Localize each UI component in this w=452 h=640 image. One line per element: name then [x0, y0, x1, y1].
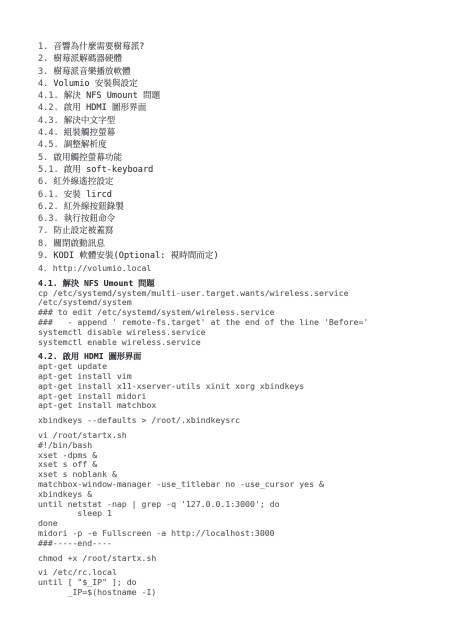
document-line: apt-get install matchbox [38, 401, 368, 411]
toc-item-label: 音響為什麼需要樹莓派? [53, 42, 144, 52]
toc-item: 4.3.解決中文字型 [38, 115, 219, 127]
toc-item: 8.關閉啟動訊息 [38, 238, 219, 250]
toc-item-label: 組裝觸控螢幕 [64, 128, 116, 138]
toc-item-label: 防止設定被蓋寫 [53, 226, 113, 236]
toc-item-number: 6.3. [38, 214, 59, 224]
toc-item-number: 4.2. [38, 103, 59, 113]
toc-item-label: KODI 軟體安裝(Optional: 視時間而定) [53, 251, 218, 261]
document-body: 4. http://volumio.local4.1. 解決 NFS Umoun… [38, 264, 368, 598]
toc-item-number: 4. [38, 79, 48, 89]
toc-item-number: 6.1. [38, 190, 59, 200]
toc-item: 3.樹莓派音樂播放軟體 [38, 66, 219, 78]
toc-item-number: 9. [38, 251, 48, 261]
toc-item-number: 4.3. [38, 116, 59, 126]
toc-item-number: 5. [38, 153, 48, 163]
toc-item: 9.KODI 軟體安裝(Optional: 視時間而定) [38, 250, 219, 262]
document-line: xbindkeys --defaults > /root/.xbindkeysr… [38, 416, 368, 426]
toc-item-number: 3. [38, 67, 48, 77]
toc-item-label: 執行按鈕命令 [64, 214, 116, 224]
table-of-contents: 1.音響為什麼需要樹莓派? 2.樹莓派解碼器硬體 3.樹莓派音樂播放軟體 4.V… [38, 41, 219, 262]
toc-item-label: 啟用觸控螢幕功能 [53, 153, 122, 163]
toc-item-number: 4.5. [38, 140, 59, 150]
toc-item-label: 啟用 HDMI 圖形界面 [64, 103, 147, 113]
toc-item-number: 5.1. [38, 165, 59, 175]
document-line: _IP=$(hostname -I) [38, 588, 368, 598]
toc-item: 5.1.啟用 soft-keyboard [38, 164, 219, 176]
document-line: 4. http://volumio.local [38, 264, 368, 274]
document-line: chmod +x /root/startx.sh [38, 554, 368, 564]
toc-item-label: Volumio 安裝與設定 [53, 79, 137, 89]
toc-item-label: 樹莓派音樂播放軟體 [53, 67, 130, 77]
toc-item-number: 6.2. [38, 202, 59, 212]
toc-item: 4.2.啟用 HDMI 圖形界面 [38, 102, 219, 114]
document-line: systemctl enable wireless.service [38, 338, 368, 348]
toc-item-label: 安裝 lircd [64, 190, 112, 200]
toc-item-label: 解決中文字型 [64, 116, 116, 126]
toc-item-label: 關閉啟動訊息 [53, 239, 105, 249]
toc-item: 4.Volumio 安裝與設定 [38, 78, 219, 90]
toc-item: 2.樹莓派解碼器硬體 [38, 53, 219, 65]
toc-item-number: 4.1. [38, 91, 59, 101]
toc-item-number: 7. [38, 226, 48, 236]
toc-item-label: 調整解析度 [64, 140, 107, 150]
toc-item: 6.紅外線遙控設定 [38, 176, 219, 188]
toc-item: 6.3.執行按鈕命令 [38, 213, 219, 225]
toc-item-label: 樹莓派解碼器硬體 [53, 54, 122, 64]
toc-item-label: 紅外線遙控設定 [53, 177, 113, 187]
toc-item: 6.1.安裝 lircd [38, 189, 219, 201]
toc-item-number: 1. [38, 42, 48, 52]
toc-item: 4.4.組裝觸控螢幕 [38, 127, 219, 139]
toc-item-number: 2. [38, 54, 48, 64]
toc-item-number: 4.4. [38, 128, 59, 138]
toc-item: 6.2.紅外線按鈕錄製 [38, 201, 219, 213]
toc-item: 1.音響為什麼需要樹莓派? [38, 41, 219, 53]
toc-item: 4.1.解決 NFS Umount 問題 [38, 90, 219, 102]
toc-item: 7.防止設定被蓋寫 [38, 225, 219, 237]
toc-item-label: 紅外線按鈕錄製 [64, 202, 124, 212]
toc-item-number: 8. [38, 239, 48, 249]
toc-item: 5.啟用觸控螢幕功能 [38, 152, 219, 164]
toc-item-label: 解決 NFS Umount 問題 [64, 91, 160, 101]
toc-item-number: 6. [38, 177, 48, 187]
toc-item: 4.5.調整解析度 [38, 139, 219, 151]
document-line: sleep 1 [38, 509, 368, 519]
toc-item-label: 啟用 soft-keyboard [64, 165, 154, 175]
document-line: ###-----end---- [38, 539, 368, 549]
document-page: 1.音響為什麼需要樹莓派? 2.樹莓派解碼器硬體 3.樹莓派音樂播放軟體 4.V… [0, 0, 452, 640]
